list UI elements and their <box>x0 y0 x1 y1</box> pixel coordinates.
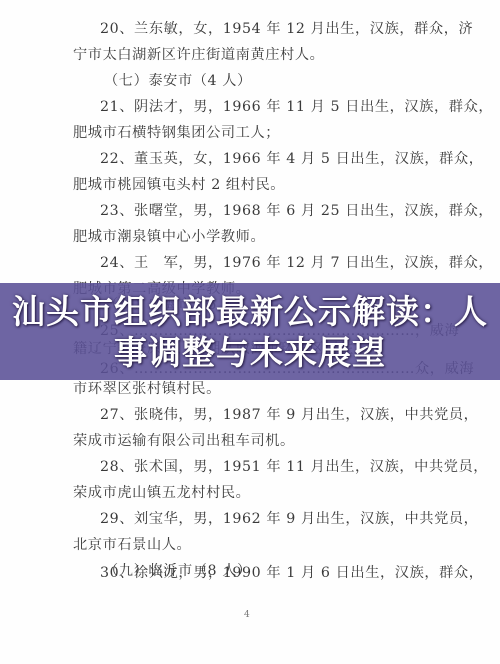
entry-27-line-1: 27、张晓伟，男，1987 年 9 月出生，汉族，中共党员， <box>100 406 452 424</box>
entry-26-line-2: 市环翠区张村镇村民。 <box>73 380 425 398</box>
entry-28-line-2: 荣成市虎山镇五龙村村民。 <box>73 484 425 502</box>
entry-21-line-1: 21、阴法才，男，1966 年 11 月 5 日出生，汉族，群众， <box>100 98 452 116</box>
entry-22-line-1: 22、董玉英，女，1966 年 4 月 5 日出生，汉族，群众， <box>100 150 452 168</box>
entry-29-line-2: 北京市石景山人。 <box>73 536 425 554</box>
entry-22-line-2: 肥城市桃园镇屯头村 2 组村民。 <box>73 176 425 194</box>
headline-title: 汕头市组织部最新公示解读：人事调整与未来展望 <box>10 291 490 373</box>
entry-23-line-2: 肥城市潮泉镇中心小学教师。 <box>73 228 425 246</box>
entry-27-line-2: 荣成市运输有限公司出租车司机。 <box>73 432 425 450</box>
entry-28-line-1: 28、张术国，男，1951 年 11 月出生，汉族，中共党员， <box>100 458 452 476</box>
entry-21-line-2: 肥城市石横特钢集团公司工人； <box>73 124 425 142</box>
entry-24-line-1: 24、王 军，男，1976 年 12 月 7 日出生，汉族，群众， <box>100 254 452 272</box>
entry-29-line-1: 29、刘宝华，男，1962 年 9 月出生，汉族，中共党员， <box>100 510 452 528</box>
entry-23-line-1: 23、张曙堂，男，1968 年 6 月 25 日出生，汉族，群众， <box>100 202 452 220</box>
page-number: 4 <box>244 610 250 620</box>
entry-30-line-1: 30、徐兴龙，男，1990 年 1 月 6 日出生，汉族，群众， <box>100 564 452 582</box>
entry-20-line-1: 20、兰东敏，女，1954 年 12 月出生，汉族，群众，济 <box>100 20 452 38</box>
section-heading-taian: （七）泰安市（4 人） <box>104 72 456 90</box>
headline-banner: 汕头市组织部最新公示解读：人事调整与未来展望 <box>0 283 500 380</box>
entry-20-line-2: 宁市太白湖新区许庄街道南黄庄村人。 <box>73 46 425 64</box>
